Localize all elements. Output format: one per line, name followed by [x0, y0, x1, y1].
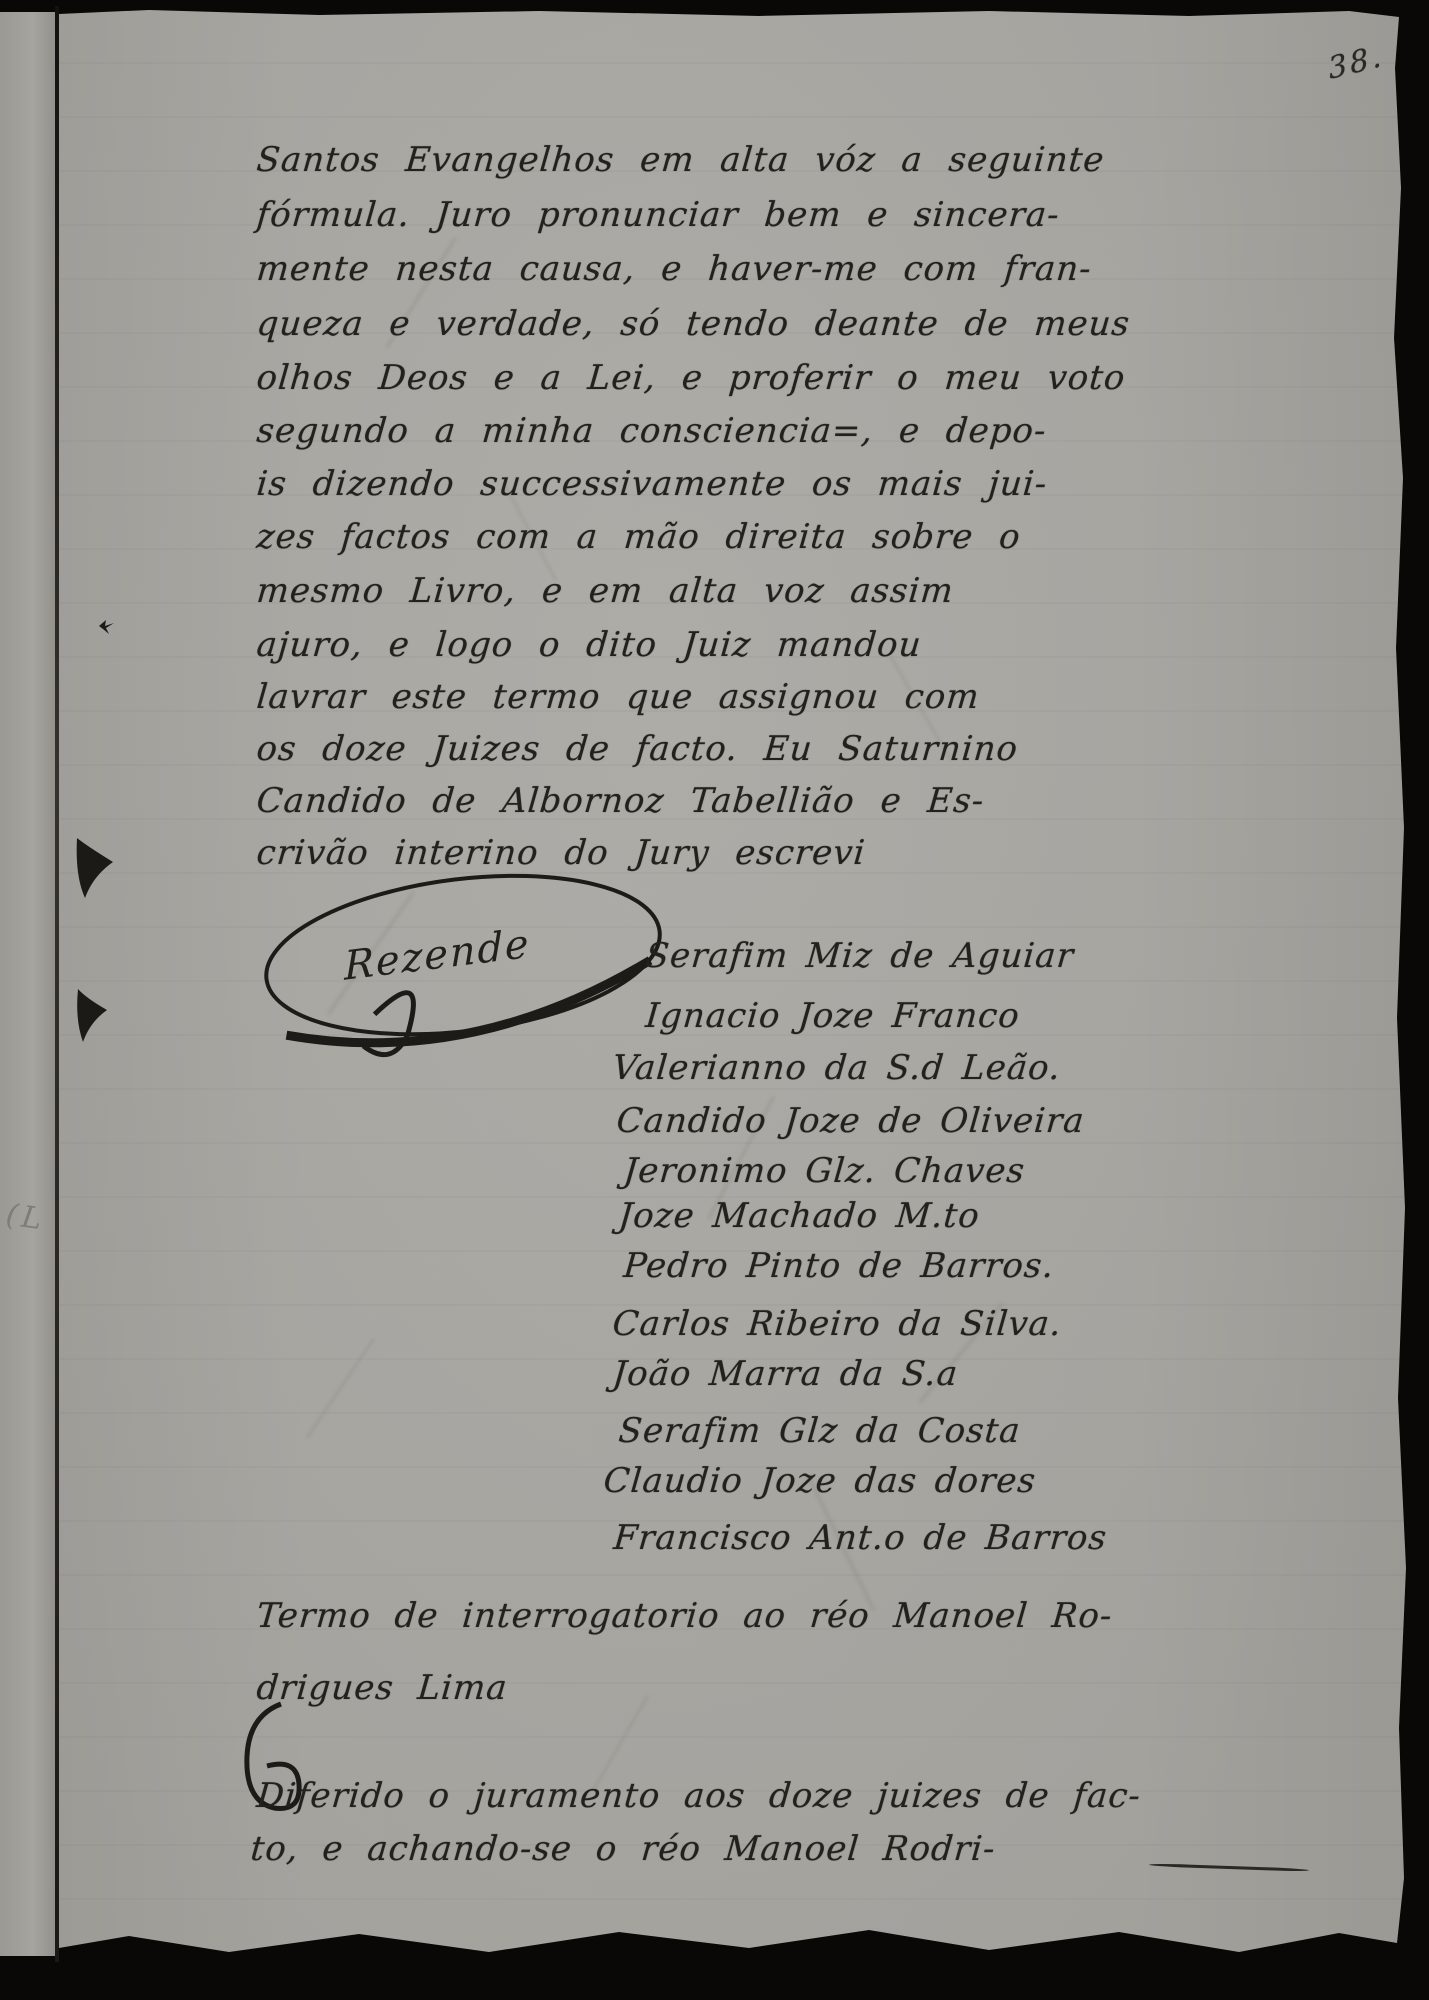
- juror-signature: Valerianno da S.d Leão.: [611, 1048, 1063, 1088]
- manuscript-line: mesmo Livro, e em alta voz assim: [255, 571, 955, 611]
- juror-signature: Pedro Pinto de Barros.: [622, 1246, 1056, 1286]
- binding-fold-line: [55, 6, 59, 1962]
- juror-signature: João Marra da S.a: [611, 1354, 960, 1394]
- margin-ink-blot: [73, 836, 117, 904]
- manuscript-scan: 38. Santos Evangelhos em alta vóz a segu…: [0, 0, 1429, 2000]
- manuscript-line: mente nesta causa, e haver-me com fran-: [255, 249, 1093, 289]
- closing-line: to, e achando-se o réo Manoel Rodri-: [249, 1829, 997, 1869]
- pencil-mark: (L: [4, 1197, 48, 1237]
- manuscript-line: fórmula. Juro pronunciar bem e sincera-: [255, 195, 1061, 235]
- manuscript-line: ajuro, e logo o dito Juiz mandou: [255, 625, 923, 665]
- previous-page-edge: [0, 12, 56, 1956]
- presiding-signature-flourish: Rezende: [249, 863, 679, 1063]
- page-number: 38.: [1326, 38, 1386, 87]
- manuscript-line: olhos Deos e a Lei, e proferir o meu vot…: [255, 358, 1127, 398]
- juror-signature: Serafim Miz de Aguiar: [644, 936, 1076, 976]
- trailing-dash-stroke: [1149, 1863, 1309, 1872]
- manuscript-line: zes factos com a mão direita sobre o: [255, 517, 1022, 557]
- section-heading-line: Termo de interrogatorio ao réo Manoel Ro…: [255, 1596, 1114, 1636]
- manuscript-line: is dizendo successivamente os mais jui-: [255, 464, 1049, 504]
- closing-line: Diferido o juramento aos doze juizes de …: [255, 1776, 1143, 1816]
- manuscript-line: os doze Juizes de facto. Eu Saturnino: [255, 729, 1020, 769]
- juror-signature: Francisco Ant.o de Barros: [612, 1518, 1109, 1558]
- juror-signature: Candido Joze de Oliveira: [615, 1101, 1086, 1141]
- juror-signature: Jeronimo Glz. Chaves: [622, 1151, 1027, 1191]
- manuscript-line: Santos Evangelhos em alta vóz a seguinte: [255, 140, 1106, 180]
- juror-signature: Serafim Glz da Costa: [617, 1411, 1022, 1451]
- manuscript-line: Candido de Albornoz Tabellião e Es-: [255, 781, 986, 821]
- manuscript-page: 38. Santos Evangelhos em alta vóz a segu…: [59, 8, 1407, 1964]
- juror-signature: Joze Machado M.to: [617, 1196, 982, 1236]
- bleed-through-mark: [306, 1337, 376, 1438]
- manuscript-line: lavrar este termo que assignou com: [255, 677, 981, 717]
- manuscript-line: segundo a minha consciencia=, e depo-: [255, 411, 1048, 451]
- manuscript-line: queza e verdade, só tendo deante de meus: [255, 304, 1132, 344]
- margin-ink-blot: [73, 986, 111, 1046]
- juror-signature: Ignacio Joze Franco: [644, 996, 1022, 1036]
- margin-ink-speck: [95, 614, 119, 638]
